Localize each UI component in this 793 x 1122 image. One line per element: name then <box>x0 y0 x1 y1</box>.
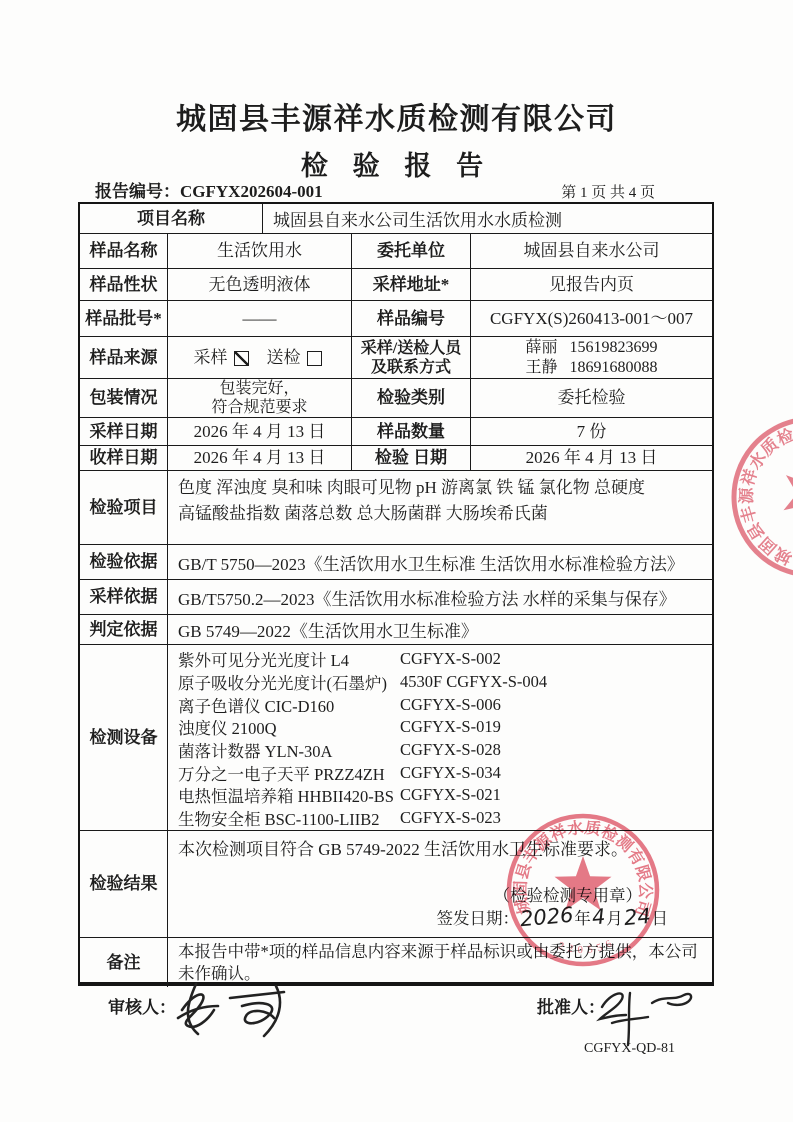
sample-name-value: 生活饮用水 <box>167 234 351 268</box>
contact-person-2-name: 王静 <box>525 359 557 376</box>
contact-person-2: 王静18691680088 <box>525 358 657 378</box>
sampling-address-label: 采样地址* <box>351 269 470 300</box>
report-meta-line: 报告编号：CGFYX202604-001 第 1 页 共 4 页 <box>95 177 655 202</box>
report-number-value: CGFYX202604-001 <box>180 182 323 201</box>
test-basis-label: 检验依据 <box>80 545 167 579</box>
equipment-name: 离子色谱仪 CIC-D160 <box>178 693 400 717</box>
equipment-item: 紫外可见分光光度计 L4CGFYX-S-002 <box>178 648 712 671</box>
equipment-name: 万分之一电子天平 PRZZ4ZH <box>178 761 400 785</box>
equipment-code: CGFYX-S-028 <box>400 740 712 760</box>
report-number: 报告编号：CGFYX202604-001 <box>95 177 323 202</box>
seal-star-icon <box>555 856 612 910</box>
row-sample-character: 样品性状 无色透明液体 采样地址* 见报告内页 <box>80 268 712 300</box>
report-number-label: 报告编号： <box>95 182 180 201</box>
packaging-line2: 符合规范要求 <box>211 398 307 417</box>
sampling-date-value: 2026 年 4 月 13 日 <box>167 418 351 445</box>
row-sample-batch: 样品批号* —— 样品编号 CGFYX(S)260413-001～007 <box>80 300 712 336</box>
equipment-item: 万分之一电子天平 PRZZ4ZHCGFYX-S-034 <box>178 761 712 784</box>
test-basis-value: GB/T 5750—2023《生活饮用水卫生标准 生活饮用水标准检验方法》 <box>167 545 712 579</box>
test-items-line1: 色度 浑浊度 臭和味 肉眼可见物 pH 游离氯 铁 锰 氯化物 总硬度 <box>178 475 704 501</box>
equipment-code: CGFYX-S-002 <box>400 649 712 669</box>
sample-name-label: 样品名称 <box>80 234 167 268</box>
form-code: CGFYX-QD-81 <box>584 1041 675 1057</box>
test-category-value: 委托检验 <box>470 379 712 417</box>
project-name-value: 城固县自来水公司生活饮用水水质检测 <box>262 204 712 233</box>
row-equipment: 检测设备 紫外可见分光光度计 L4CGFYX-S-002 原子吸收分光光度计(石… <box>80 644 712 830</box>
contact-label-line2: 及联系方式 <box>371 358 451 377</box>
checkbox-checked-icon <box>234 351 249 366</box>
sample-batch-label: 样品批号* <box>80 301 167 336</box>
project-name-label: 项目名称 <box>80 204 262 233</box>
sample-source-label: 样品来源 <box>80 337 167 378</box>
delivery-option-label: 送检 <box>267 348 301 368</box>
contact-value: 薛丽15619823699 王静18691680088 <box>470 337 712 378</box>
receive-date-value: 2026 年 4 月 13 日 <box>167 446 351 470</box>
equipment-code: CGFYX-S-021 <box>400 785 712 805</box>
row-sample-source: 样品来源 采样 送检 采样/送检人员 及联系方式 薛丽15619823699 王… <box>80 336 712 378</box>
svg-text:220556: 220556 <box>557 936 619 956</box>
equipment-item: 电热恒温培养箱 HHBII420-BSCGFYX-S-021 <box>178 784 712 807</box>
test-items-line2: 高锰酸盐指数 菌落总数 总大肠菌群 大肠埃希氏菌 <box>178 501 704 527</box>
equipment-code: CGFYX-S-019 <box>400 717 712 737</box>
equipment-name: 紫外可见分光光度计 L4 <box>178 647 400 671</box>
sampling-basis-label: 采样依据 <box>80 580 167 614</box>
reviewer-label: 审核人： <box>108 993 176 1018</box>
test-date-label: 检验 日期 <box>351 446 470 470</box>
sample-character-label: 样品性状 <box>80 269 167 300</box>
sample-source-value: 采样 送检 <box>167 337 351 378</box>
company-title: 城固县丰源祥水质检测有限公司 <box>0 94 793 138</box>
reviewer-signature <box>168 972 318 1047</box>
sample-no-label: 样品编号 <box>351 301 470 336</box>
seal-number-arc-text: 220556 <box>557 936 619 956</box>
edge-seal-star-icon <box>768 453 793 532</box>
packaging-value: 包装完好， 符合规范要求 <box>167 379 351 417</box>
row-sample-name: 样品名称 生活饮用水 委托单位 城固县自来水公司 <box>80 233 712 268</box>
sample-character-value: 无色透明液体 <box>167 269 351 300</box>
sample-batch-value: —— <box>167 301 351 336</box>
test-category-label: 检验类别 <box>351 379 470 417</box>
row-sampling-basis: 采样依据 GB/T5750.2—2023《生活饮用水标准检验方法 水样的采集与保… <box>80 579 712 614</box>
sample-qty-value: 7 份 <box>470 418 712 445</box>
row-packaging: 包装情况 包装完好， 符合规范要求 检验类别 委托检验 <box>80 378 712 417</box>
sampling-option-label: 采样 <box>194 348 228 368</box>
contact-person-1-phone: 15619823699 <box>570 339 658 356</box>
client-value: 城固县自来水公司 <box>470 234 712 268</box>
sample-no-value: CGFYX(S)260413-001～007 <box>470 301 712 336</box>
judgment-basis-value: GB 5749—2022《生活饮用水卫生标准》 <box>167 615 712 644</box>
equipment-code: CGFYX-S-006 <box>400 695 712 715</box>
packaging-line1: 包装完好， <box>219 379 299 398</box>
equipment-item: 菌落计数器 YLN-30ACGFYX-S-028 <box>178 739 712 762</box>
contact-label-line1: 采样/送检人员 <box>361 339 461 358</box>
row-receive-date: 收样日期 2026 年 4 月 13 日 检验 日期 2026 年 4 月 13… <box>80 445 712 470</box>
equipment-name: 生物安全柜 BSC-1100-LIIB2 <box>178 806 400 830</box>
sampling-address-value: 见报告内页 <box>470 269 712 300</box>
row-judgment-basis: 判定依据 GB 5749—2022《生活饮用水卫生标准》 <box>80 614 712 644</box>
row-sampling-date: 采样日期 2026 年 4 月 13 日 样品数量 7 份 <box>80 417 712 445</box>
test-date-value: 2026 年 4 月 13 日 <box>470 446 712 470</box>
contact-person-2-phone: 18691680088 <box>570 359 658 376</box>
row-test-basis: 检验依据 GB/T 5750—2023《生活饮用水卫生标准 生活饮用水标准检验方… <box>80 544 712 579</box>
sampling-date-label: 采样日期 <box>80 418 167 445</box>
row-test-items: 检验项目 色度 浑浊度 臭和味 肉眼可见物 pH 游离氯 铁 锰 氯化物 总硬度… <box>80 470 712 544</box>
equipment-item: 离子色谱仪 CIC-D160CGFYX-S-006 <box>178 693 712 716</box>
equipment-item: 原子吸收分光光度计(石墨炉)4530F CGFYX-S-004 <box>178 671 712 694</box>
checkbox-unchecked-icon <box>307 351 322 366</box>
edge-seal-stamp: 城固县丰源祥水质检测有限公司 10722 <box>717 402 793 592</box>
equipment-code: 4530F CGFYX-S-004 <box>400 672 712 692</box>
remark-label: 备注 <box>80 938 167 987</box>
equipment-label: 检测设备 <box>80 645 167 830</box>
equipment-name: 原子吸收分光光度计(石墨炉) <box>178 670 400 694</box>
test-items-value: 色度 浑浊度 臭和味 肉眼可见物 pH 游离氯 铁 锰 氯化物 总硬度 高锰酸盐… <box>167 471 712 544</box>
receive-date-label: 收样日期 <box>80 446 167 470</box>
page-indicator: 第 1 页 共 4 页 <box>561 181 655 202</box>
equipment-item: 浊度仪 2100QCGFYX-S-019 <box>178 716 712 739</box>
equipment-name: 浊度仪 2100Q <box>178 715 400 739</box>
test-items-label: 检验项目 <box>80 471 167 544</box>
equipment-list: 紫外可见分光光度计 L4CGFYX-S-002 原子吸收分光光度计(石墨炉)45… <box>167 645 712 830</box>
report-page: 城固县丰源祥水质检测有限公司 检 验 报 告 报告编号：CGFYX202604-… <box>0 0 793 1122</box>
sample-qty-label: 样品数量 <box>351 418 470 445</box>
contact-person-1-name: 薛丽 <box>525 339 557 356</box>
company-seal-stamp: 城固县丰源祥水质检测有限公司 220556 <box>498 805 668 975</box>
contact-label: 采样/送检人员 及联系方式 <box>351 337 470 378</box>
row-project-name: 项目名称 城固县自来水公司生活饮用水水质检测 <box>80 204 712 233</box>
equipment-code: CGFYX-S-034 <box>400 763 712 783</box>
result-label: 检验结果 <box>80 831 167 937</box>
contact-person-1: 薛丽15619823699 <box>525 338 657 358</box>
judgment-basis-label: 判定依据 <box>80 615 167 644</box>
sampling-basis-value: GB/T5750.2—2023《生活饮用水标准检验方法 水样的采集与保存》 <box>167 580 712 614</box>
client-label: 委托单位 <box>351 234 470 268</box>
equipment-name: 菌落计数器 YLN-30A <box>178 738 400 762</box>
equipment-name: 电热恒温培养箱 HHBII420-BS <box>178 783 400 807</box>
packaging-label: 包装情况 <box>80 379 167 417</box>
